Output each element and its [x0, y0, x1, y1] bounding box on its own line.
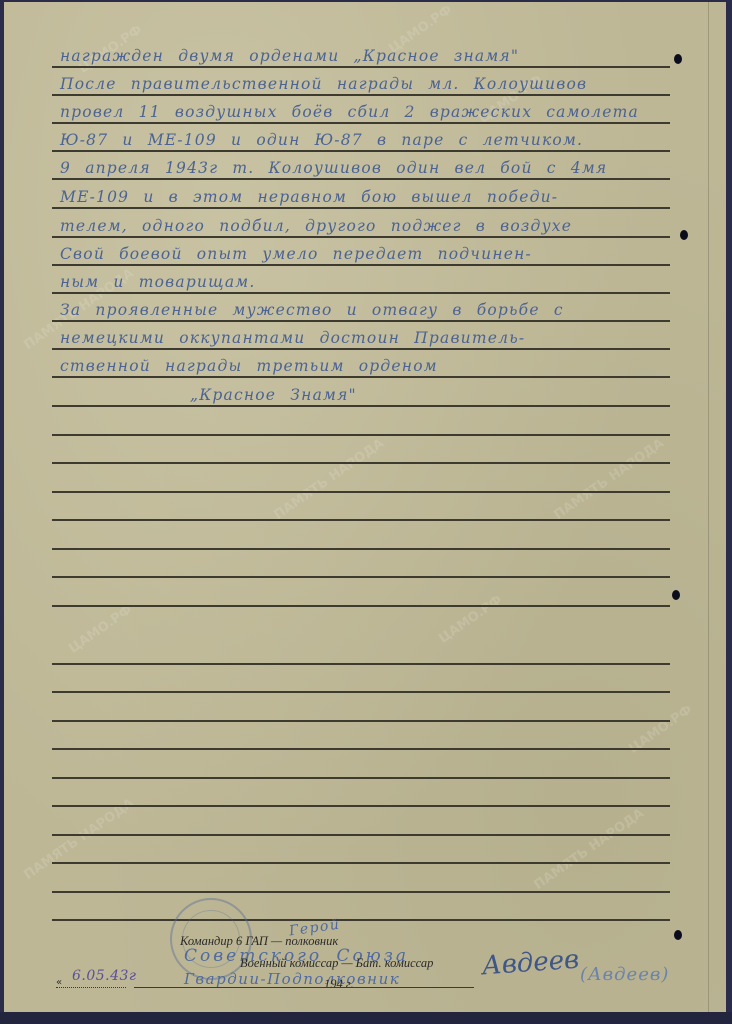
ruled-line: [52, 264, 670, 266]
ruled-line: [52, 150, 670, 152]
document-page: ЦАМО.РФ ЦАМО.РФ ЦАМО.РФ ПАМЯТЬ НАРОДА ПА…: [4, 2, 726, 1014]
ruled-line: [52, 605, 670, 607]
date-underline: [134, 987, 474, 988]
ruled-line: [52, 462, 670, 464]
handwritten-line: телем, одного подбил, другого поджег в в…: [60, 216, 690, 236]
page-edge-fold: [708, 2, 709, 1014]
ruled-line: [52, 691, 670, 693]
ruled-line: [52, 891, 670, 893]
punch-hole: [674, 54, 682, 64]
handwritten-line: провел 11 воздушных боёв сбил 2 вражески…: [60, 102, 690, 122]
punch-hole: [674, 930, 682, 940]
ruled-line: [52, 320, 670, 322]
handwritten-line: Свой боевой опыт умело передает подчинен…: [60, 244, 690, 264]
watermark: ЦАМО.РФ: [66, 602, 135, 656]
handwritten-line: За проявленные мужество и отвагу в борьб…: [60, 300, 690, 320]
ruled-line: [52, 519, 670, 521]
handwritten-date: 6.05.43г: [72, 968, 137, 984]
handwritten-line: награжден двумя орденами „Красное знамя": [60, 46, 690, 66]
ruled-line: [52, 491, 670, 493]
punch-hole: [672, 590, 680, 600]
watermark: ПАМЯТЬ НАРОДА: [551, 436, 666, 523]
handwritten-line: немецкими оккупантами достоин Правитель-: [60, 328, 690, 348]
ruled-line: [52, 720, 670, 722]
watermark: ПАМЯТЬ НАРОДА: [271, 436, 386, 523]
handwritten-line: МЕ-109 и в этом неравном бою вышел побед…: [60, 187, 690, 207]
scan-border: [0, 1012, 732, 1024]
ruled-line: [52, 663, 670, 665]
ruled-line: [52, 348, 670, 350]
handwritten-line: ственной награды третьим орденом: [60, 356, 690, 376]
printed-year: 194 г.: [324, 977, 354, 992]
ruled-line: [52, 805, 670, 807]
signature-name: (Авдеев): [580, 964, 669, 985]
ruled-line: [52, 919, 670, 921]
ruled-line: [52, 122, 670, 124]
handwritten-rank: Гвардии-Подполковник: [184, 970, 400, 988]
punch-hole: [680, 230, 688, 240]
ruled-line: [52, 862, 670, 864]
ruled-line: [52, 292, 670, 294]
ruled-line: [52, 94, 670, 96]
watermark: ПАМЯТЬ НАРОДА: [531, 806, 646, 893]
handwritten-line: ным и товарищам.: [60, 272, 690, 292]
ruled-line: [52, 834, 670, 836]
ruled-line: [52, 405, 670, 407]
ruled-line: [52, 576, 670, 578]
ruled-line: [52, 376, 670, 378]
signature: Авдеев: [481, 945, 580, 982]
ruled-line: [52, 777, 670, 779]
watermark: ПАМЯТЬ НАРОДА: [21, 796, 136, 883]
ruled-line: [52, 207, 670, 209]
handwritten-line: 9 апреля 1943г т. Колоушивов один вел бо…: [60, 158, 690, 178]
ruled-line: [52, 236, 670, 238]
ruled-line: [52, 548, 670, 550]
date-dotted-line: [56, 987, 126, 988]
ruled-line: [52, 178, 670, 180]
ruled-line: [52, 434, 670, 436]
printed-commissar-label: Военный комиссар — Бат. комиссар: [240, 956, 433, 971]
handwritten-line: После правительственной награды мл. Коло…: [60, 74, 690, 94]
ruled-line: [52, 66, 670, 68]
handwritten-line: „Красное Знамя": [60, 385, 690, 405]
ruled-line: [52, 748, 670, 750]
handwritten-line: Ю-87 и МЕ-109 и один Ю-87 в паре с летчи…: [60, 130, 690, 150]
watermark: ЦАМО.РФ: [436, 592, 505, 646]
